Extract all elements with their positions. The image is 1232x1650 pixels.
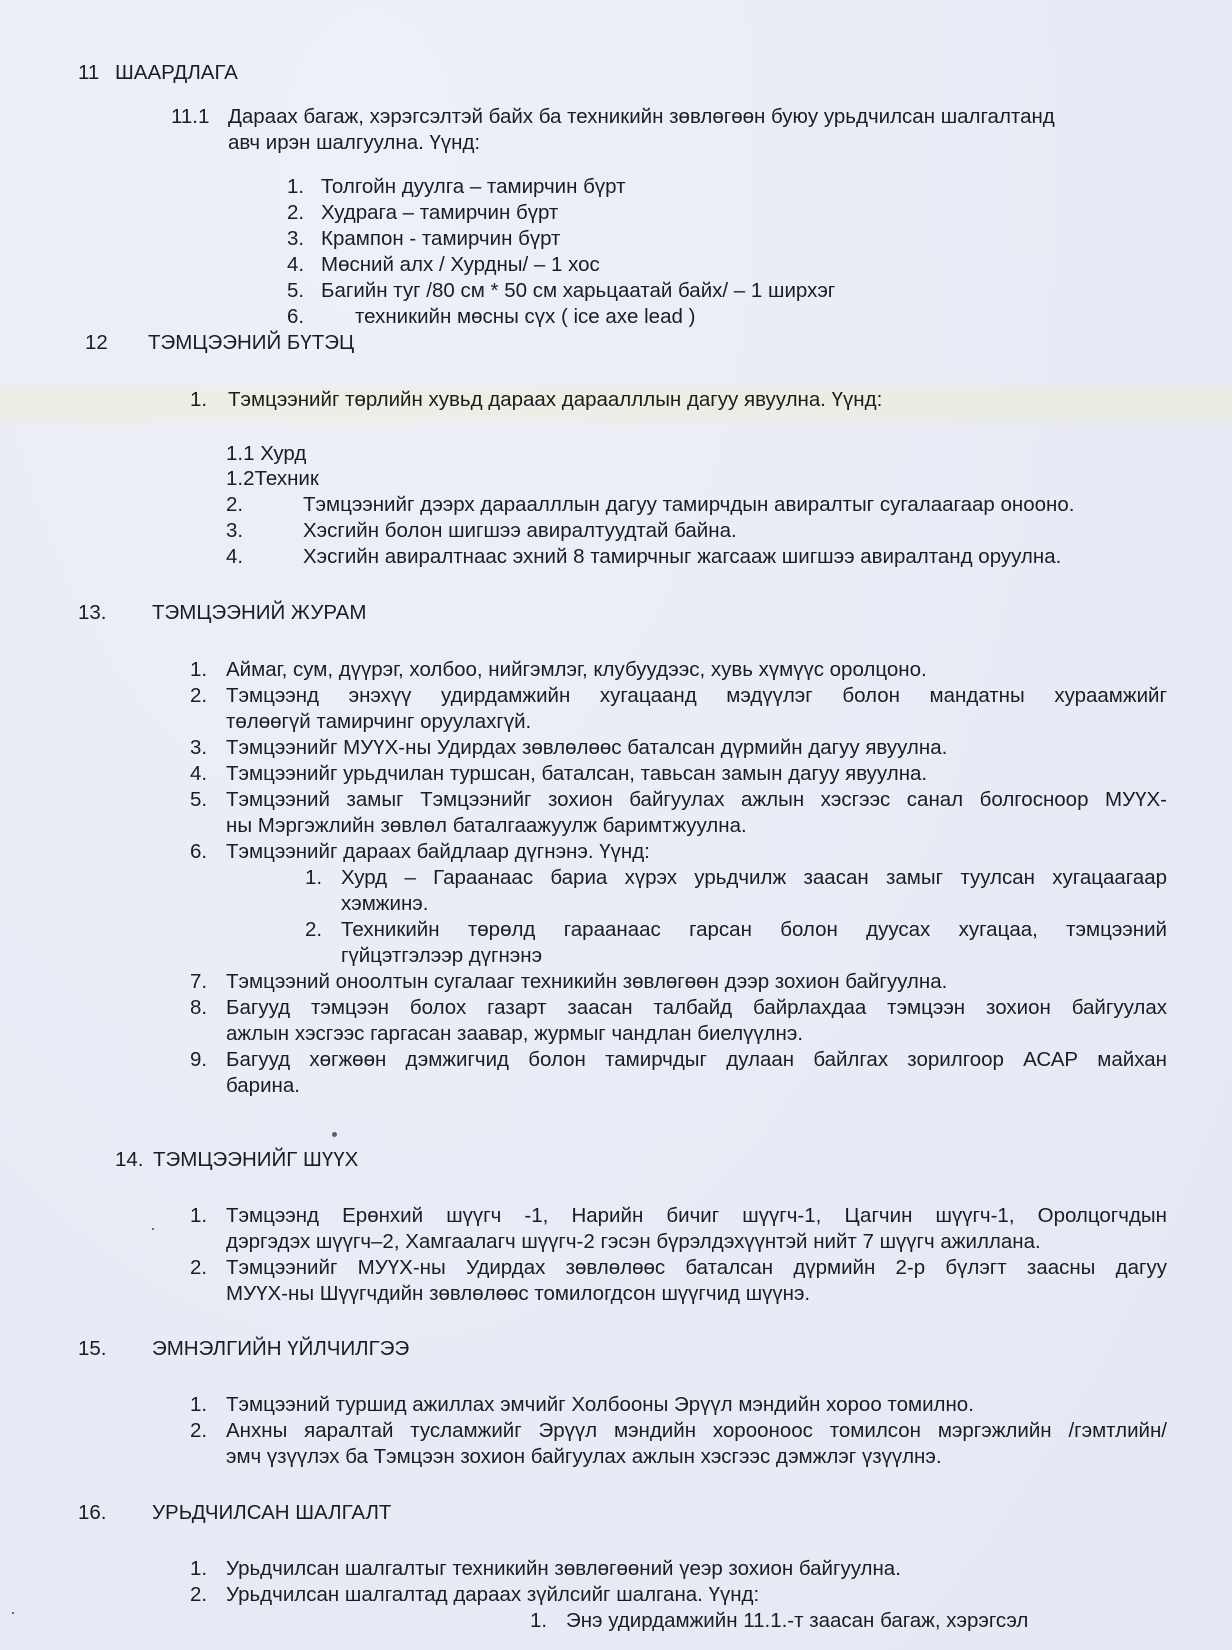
rules-item: Тэмцээнд энэхүү удирдамжийн хугацаанд мэ… [226, 683, 1167, 709]
rules-item: Тэмцээнийг МУҮХ-ны Удирдах зөвлөлөөс бат… [226, 735, 947, 761]
rules-item-continuation: ны Мэргэжлийн зөвлөл баталгаажуулж барим… [226, 813, 747, 839]
rules-item-number: 1. [190, 657, 207, 683]
section-14-number: 14. [115, 1147, 144, 1173]
judging-item: Тэмцээнд Ерөнхий шүүгч -1, Нарийн бичиг … [226, 1203, 1167, 1229]
subsection-11-1-number: 11.1 [171, 104, 209, 130]
section-11-heading: ШААРДЛАГА [115, 60, 238, 86]
structure-subitem: 1.1 Хурд [226, 441, 306, 467]
judging-item-number: 2. [190, 1255, 207, 1281]
judging-item-number: 1. [190, 1203, 207, 1229]
structure-item: Хэсгийн болон шигшээ авиралтуудтай байна… [303, 518, 737, 544]
rules-item-number: 6. [190, 839, 207, 865]
subsection-11-1-line-2: авч ирэн шалгуулна. Үүнд: [228, 130, 480, 156]
rules-item-continuation: төлөөгүй тамирчинг оруулахгүй. [226, 709, 531, 735]
rules-subitem-continuation: гүйцэтгэлээр дүгнэнэ [341, 943, 542, 969]
section-13-number: 13. [78, 600, 107, 626]
equipment-item-number: 1. [287, 174, 304, 200]
section-16-number: 16. [78, 1500, 107, 1526]
equipment-item-number: 4. [287, 252, 304, 278]
subsection-11-1-line-1: Дараах багаж, хэрэгсэлтэй байх ба техник… [228, 104, 1055, 130]
medical-item: Тэмцээний туршид ажиллах эмчийг Холбооны… [226, 1392, 974, 1418]
pretest-item: Урьдчилсан шалгалтыг техникийн зөвлөгөөн… [226, 1556, 901, 1582]
judging-item: Тэмцээнийг МУҮХ-ны Удирдах зөвлөлөөс бат… [226, 1255, 1167, 1281]
rules-item-number: 8. [190, 995, 207, 1021]
section-12-heading: ТЭМЦЭЭНИЙ БҮТЭЦ [148, 330, 354, 356]
rules-item: Тэмцээнийг урьдчилан туршсан, баталсан, … [226, 761, 927, 787]
rules-item-continuation: ажлын хэсгээс гаргасан заавар, журмыг ча… [226, 1021, 803, 1047]
scan-dot [152, 1228, 154, 1230]
section-13-heading: ТЭМЦЭЭНИЙ ЖУРАМ [152, 600, 366, 626]
equipment-item: Багийн туг /80 см * 50 см харьцаатай бай… [321, 278, 835, 304]
judging-item-continuation: дэргэдэх шүүгч–2, Хамгаалагч шүүгч-2 гэс… [226, 1229, 1041, 1255]
section-14-heading: ТЭМЦЭЭНИЙГ ШҮҮХ [153, 1147, 358, 1173]
equipment-item-number: 2. [287, 200, 304, 226]
rules-item-number: 3. [190, 735, 207, 761]
structure-item: Тэмцээнийг төрлийн хувьд дараах дарааллл… [228, 387, 882, 413]
equipment-item: техникийн мөсны сүх ( ice axe lead ) [355, 304, 695, 330]
rules-item-number: 9. [190, 1047, 207, 1073]
structure-item-number: 1. [190, 387, 207, 413]
section-12-number: 12 [85, 330, 108, 356]
rules-item-number: 7. [190, 969, 207, 995]
scan-speck [332, 1132, 337, 1137]
section-11-number: 11 [78, 60, 99, 86]
pretest-subitem: Энэ удирдамжийн 11.1.-т заасан багаж, хэ… [566, 1608, 1028, 1634]
medical-item: Анхны яаралтай тусламжийг Эрүүл мэндийн … [226, 1418, 1167, 1444]
medical-item-number: 1. [190, 1392, 207, 1418]
rules-item-continuation: барина. [226, 1073, 300, 1099]
rules-item: Тэмцээнийг дараах байдлаар дүгнэнэ. Үүнд… [226, 839, 650, 865]
judging-item-continuation: МУҮХ-ны Шүүгчдийн зөвлөлөөс томилогдсон … [226, 1281, 810, 1307]
rules-subitem-number: 1. [305, 865, 322, 891]
rules-item-number: 4. [190, 761, 207, 787]
equipment-item: Толгойн дуулга – тамирчин бүрт [321, 174, 625, 200]
section-15-heading: ЭМНЭЛГИЙН ҮЙЛЧИЛГЭЭ [152, 1336, 409, 1362]
structure-item: Хэсгийн авиралтнаас эхний 8 тамирчныг жа… [303, 544, 1061, 570]
structure-item-number: 4. [226, 544, 243, 570]
pretest-item-number: 1. [190, 1556, 207, 1582]
section-16-heading: УРЬДЧИЛСАН ШАЛГАЛТ [152, 1500, 391, 1526]
rules-subitem: Техникийн төрөлд гараанаас гарсан болон … [341, 917, 1167, 943]
structure-item-number: 2. [226, 492, 243, 518]
equipment-item-number: 5. [287, 278, 304, 304]
section-15-number: 15. [78, 1336, 107, 1362]
equipment-item-number: 3. [287, 226, 304, 252]
pretest-item-number: 2. [190, 1582, 207, 1608]
structure-subitem: 1.2Техник [226, 466, 319, 492]
rules-item: Багууд хөгжөөн дэмжигчид болон тамирчдыг… [226, 1047, 1167, 1073]
equipment-item: Худрага – тамирчин бүрт [321, 200, 558, 226]
rules-subitem-number: 2. [305, 917, 322, 943]
pretest-item: Урьдчилсан шалгалтад дараах зүйлсийг шал… [226, 1582, 759, 1608]
rules-subitem: Хурд – Гараанаас бариа хүрэх урьдчилж за… [341, 865, 1167, 891]
scanned-document-page: 11 ШААРДЛАГА 11.1 Дараах багаж, хэрэгсэл… [0, 0, 1232, 1650]
structure-item-number: 3. [226, 518, 243, 544]
medical-item-continuation: эмч үзүүлэх ба Тэмцээн зохион байгуулах … [226, 1444, 942, 1470]
rules-subitem-continuation: хэмжинэ. [341, 891, 428, 917]
equipment-item: Мөсний алх / Хурдны/ – 1 хос [321, 252, 600, 278]
scan-dot [12, 1612, 14, 1614]
pretest-subitem-number: 1. [530, 1608, 547, 1634]
rules-item: Тэмцээний оноолтын сугалааг техникийн зө… [226, 969, 947, 995]
rules-item: Тэмцээний замыг Тэмцээнийг зохион байгуу… [226, 787, 1167, 813]
medical-item-number: 2. [190, 1418, 207, 1444]
equipment-item: Крампон - тамирчин бүрт [321, 226, 560, 252]
equipment-item-number: 6. [287, 304, 304, 330]
rules-item: Аймаг, сум, дүүрэг, холбоо, нийгэмлэг, к… [226, 657, 927, 683]
rules-item-number: 2. [190, 683, 207, 709]
rules-item-number: 5. [190, 787, 207, 813]
structure-item: Тэмцээнийг дээрх дараалллын дагуу тамирч… [303, 492, 1074, 518]
rules-item: Багууд тэмцээн болох газарт заасан талба… [226, 995, 1167, 1021]
